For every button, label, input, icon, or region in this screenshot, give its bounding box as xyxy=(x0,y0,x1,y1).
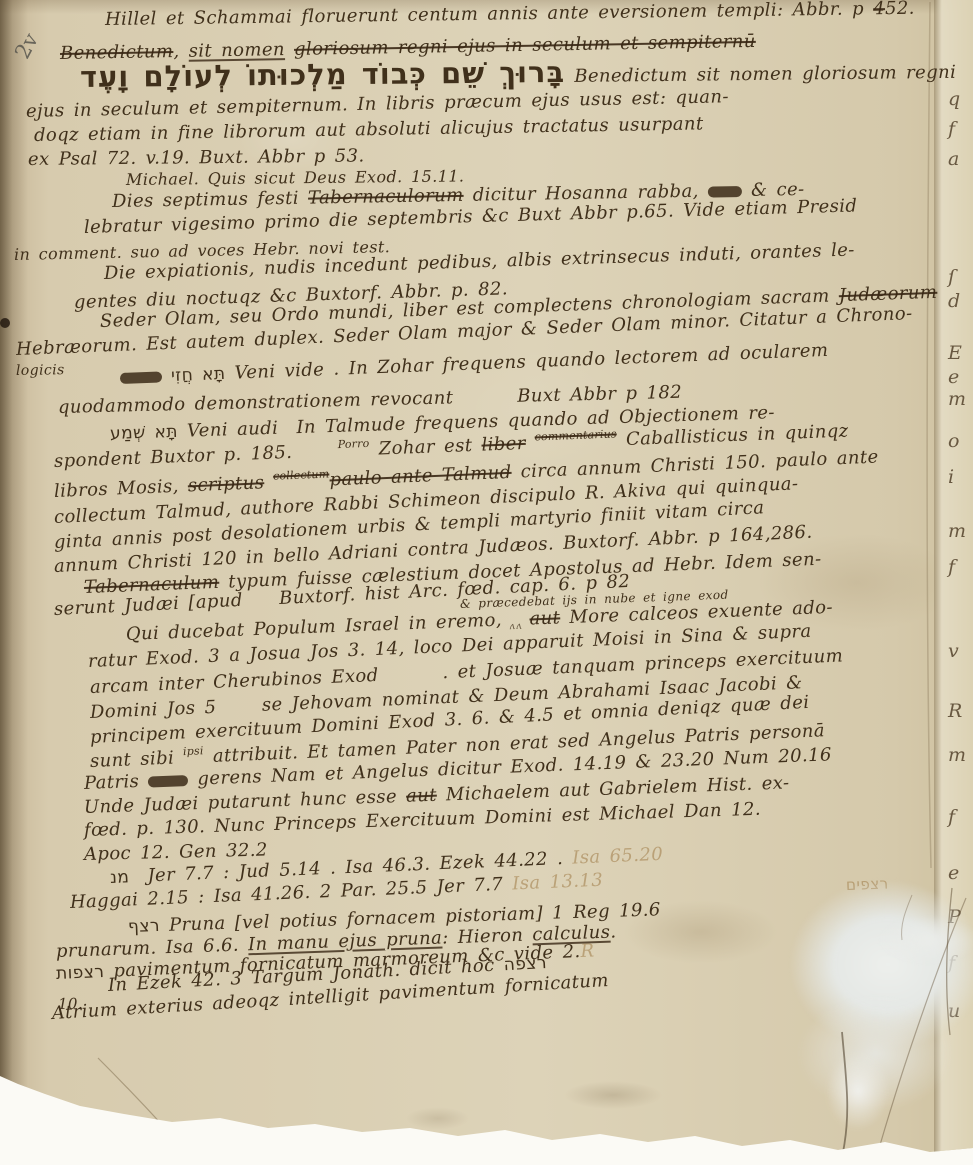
text-segment: 52. xyxy=(885,0,915,19)
text-segment: Judæorum xyxy=(838,282,937,306)
edge-glyph: f xyxy=(948,118,955,140)
text-segment: Zohar est xyxy=(369,435,482,460)
manuscript-line: ex Psal 72. v.19. Buxt. Abbr p 53. xyxy=(28,146,365,169)
text-segment: ex Psal 72. v.19. Buxt. Abbr p 53. xyxy=(28,145,365,170)
text-segment: רצפה xyxy=(503,953,547,975)
text-segment: paulo ante Talmud xyxy=(329,462,512,491)
text-segment: תָּא שְׁמַע xyxy=(110,422,179,444)
edge-glyph: f xyxy=(948,806,955,828)
manuscript-line: logicis xyxy=(16,363,65,379)
edge-glyph: f xyxy=(948,556,955,578)
edge-glyph: R xyxy=(948,700,962,722)
text-segment: Patris xyxy=(84,771,149,794)
edge-glyph: m xyxy=(948,744,966,766)
text-segment: commentarius xyxy=(534,427,617,443)
edge-glyph: d xyxy=(948,290,960,312)
text-segment: liber xyxy=(481,433,526,456)
manuscript-line: Hillel et Schammai floruerunt centum ann… xyxy=(105,0,915,30)
text-segment: 4 xyxy=(873,0,885,19)
edge-glyph: m xyxy=(948,520,966,542)
text-segment: ʌʌ xyxy=(502,620,530,632)
text-segment: . xyxy=(610,921,617,942)
edge-glyph: i xyxy=(948,466,954,488)
text-segment: רצפות xyxy=(56,962,105,984)
edge-glyph: q xyxy=(948,88,960,110)
paper: 2v Hillel et Schammai floruerunt centum … xyxy=(0,0,973,1165)
text-segment: Hillel et Schammai floruerunt centum ann… xyxy=(105,0,873,30)
paper-damage-notch xyxy=(826,1052,890,1130)
text-segment: aut xyxy=(529,607,561,629)
text-segment: Isa 13.13 xyxy=(512,870,604,895)
paper-damage-streak xyxy=(878,916,973,964)
ink-blot xyxy=(120,371,162,384)
edge-glyph: v xyxy=(948,640,959,662)
edge-glyph: E xyxy=(948,342,962,364)
text-segment: scriptus xyxy=(187,472,264,496)
edge-glyph: e xyxy=(948,366,959,388)
ink-blot xyxy=(708,186,742,198)
text-segment: Isa 65.20 xyxy=(572,844,664,869)
text-segment: aut xyxy=(406,785,437,807)
manuscript-scan-page: 2v Hillel et Schammai floruerunt centum … xyxy=(0,0,973,1165)
text-segment: תָּא חֲזִי xyxy=(171,364,226,386)
text-segment: Porro xyxy=(337,437,369,451)
text-segment: ipsi xyxy=(183,744,204,758)
text-segment: Tabernaculorum xyxy=(308,185,464,209)
manuscript-line: בָּרוּךְ שֵׁם כְּבוֹד מַלְכוּתוֹ לְעוֹלָ… xyxy=(80,53,957,94)
edge-glyph: e xyxy=(948,862,959,884)
edge-glyph: m xyxy=(948,388,966,410)
edge-glyph: ſ xyxy=(948,266,955,288)
text-segment: Dies septimus festi xyxy=(112,188,308,212)
text-segment: libros Mosis, xyxy=(54,475,189,502)
text-segment: מנ xyxy=(110,867,130,888)
text-segment: logicis xyxy=(16,362,65,379)
text-segment: בָּרוּךְ שֵׁם כְּבוֹד מַלְכוּתוֹ לְעוֹלָ… xyxy=(80,55,565,94)
edge-glyph: o xyxy=(948,430,959,452)
text-segment: sunt sibi xyxy=(90,747,184,772)
text-segment: R xyxy=(580,940,595,962)
text-segment: Benedictum sit nomen gloriosum regni xyxy=(565,62,956,87)
edge-glyph: a xyxy=(948,148,959,170)
text-segment: רצף xyxy=(128,916,161,937)
ink-blot xyxy=(148,775,188,788)
text-segment: spondent Buxtor p. 185. xyxy=(54,440,339,472)
text-segment xyxy=(264,472,274,493)
text-segment: collectum xyxy=(273,467,330,482)
